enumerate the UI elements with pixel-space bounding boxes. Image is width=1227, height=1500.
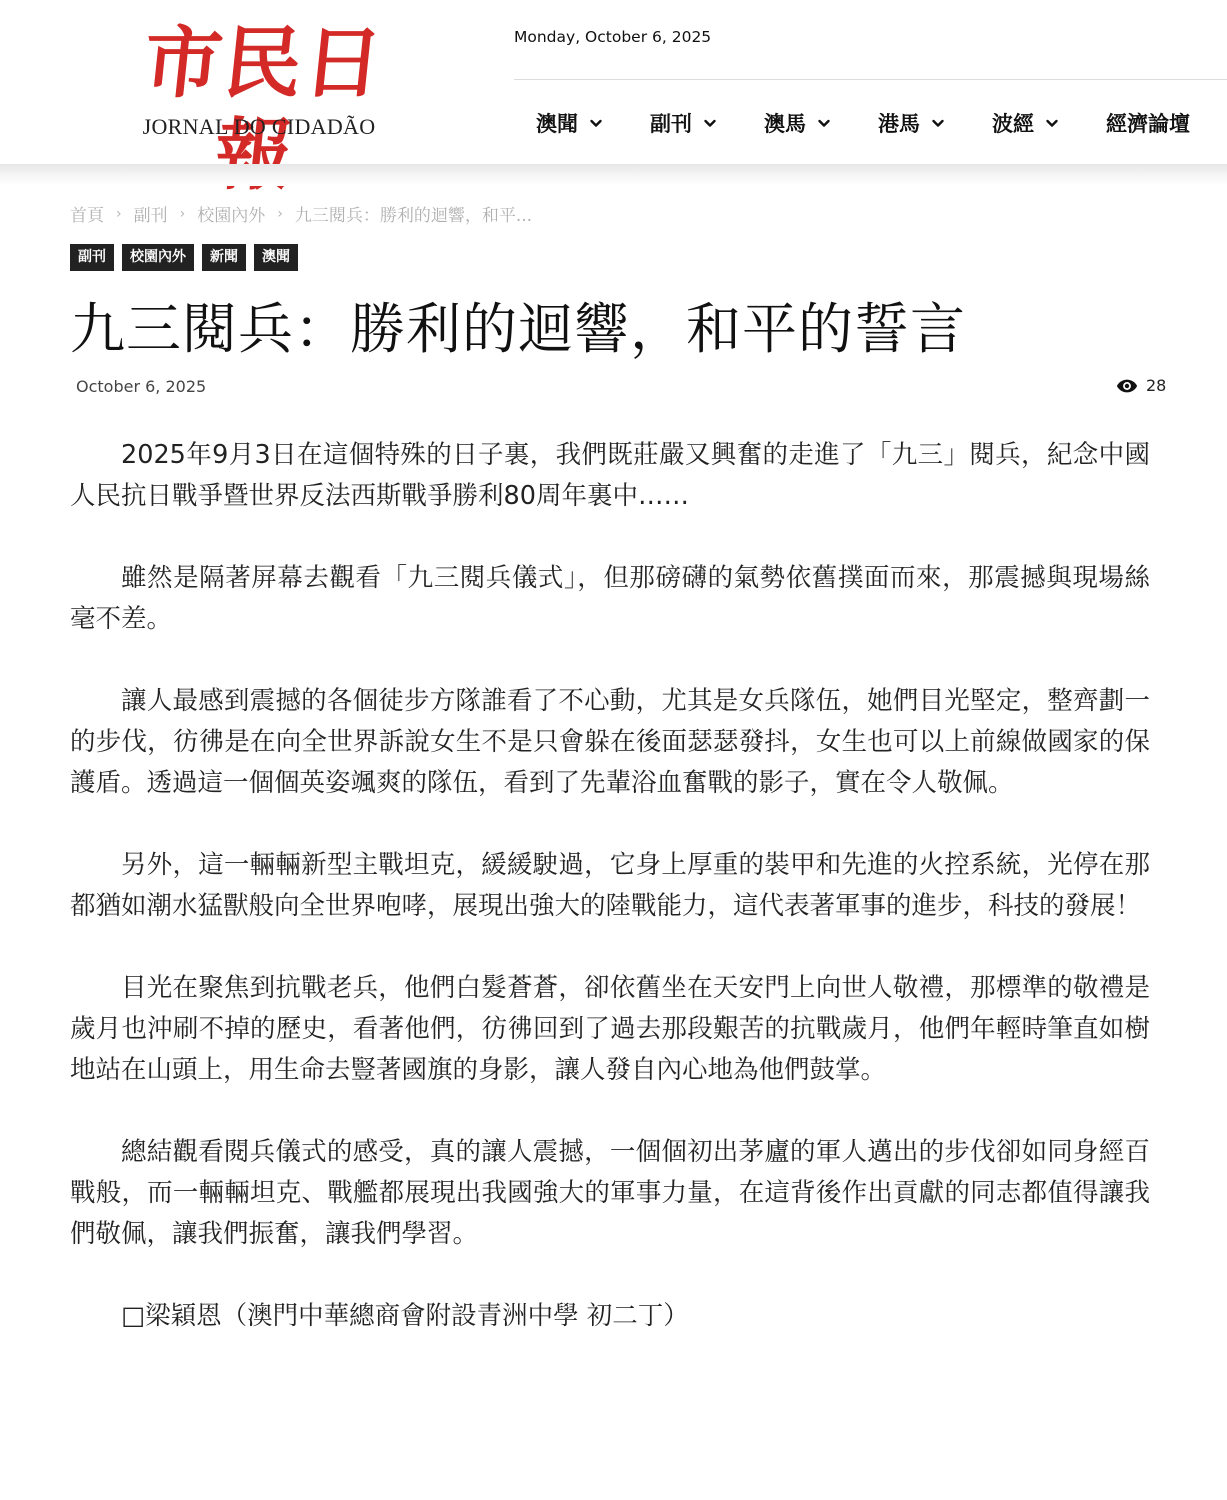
current-date: Monday, October 6, 2025 (514, 28, 711, 46)
nav-item-supplement[interactable]: 副刊 (650, 108, 718, 138)
breadcrumb-separator: › (277, 206, 283, 222)
article-date: October 6, 2025 (76, 377, 206, 396)
nav-item-hk-racing[interactable]: 港馬 (878, 108, 946, 138)
breadcrumb-separator: › (116, 206, 122, 222)
nav-item-economic-forum[interactable]: 經濟論壇 (1106, 108, 1190, 138)
header-shadow (0, 164, 1227, 186)
nav-item-macau-news[interactable]: 澳聞 (536, 108, 604, 138)
nav-item-label: 港馬 (878, 108, 920, 138)
breadcrumb-separator: › (180, 206, 186, 222)
article-body: 2025年9月3日在這個特殊的日子裏，我們既莊嚴又興奮的走進了「九三」閱兵，紀念… (70, 435, 1150, 1378)
view-count: 28 (1116, 376, 1166, 395)
nav-item-label: 澳聞 (536, 108, 578, 138)
article-paragraph: 另外，這一輛輛新型主戰坦克，緩緩駛過，它身上厚重的裝甲和先進的火控系統，光停在那… (70, 845, 1150, 927)
eye-icon (1116, 378, 1138, 394)
breadcrumb-supplement[interactable]: 副刊 (134, 201, 168, 226)
view-count-value: 28 (1146, 376, 1166, 395)
category-tags: 副刊 校園內外 新聞 澳聞 (70, 244, 306, 271)
chevron-down-icon (816, 115, 832, 131)
tag-campus[interactable]: 校園內外 (122, 244, 194, 271)
chevron-down-icon (702, 115, 718, 131)
breadcrumb-current: 九三閱兵：勝利的迴響，和平... (295, 201, 532, 226)
author-signature: □梁穎恩（澳門中華總商會附設青洲中學 初二丁） (70, 1296, 1150, 1337)
tag-supplement[interactable]: 副刊 (70, 244, 114, 271)
nav-item-football[interactable]: 波經 (992, 108, 1060, 138)
article-paragraph: 雖然是隔著屏幕去觀看「九三閱兵儀式」，但那磅礴的氣勢依舊撲面而來，那震撼與現場絲… (70, 558, 1150, 640)
nav-item-label: 經濟論壇 (1106, 108, 1190, 138)
site-logo[interactable]: 市民日報 JORNAL DO CIDADÃO (104, 18, 414, 143)
chevron-down-icon (930, 115, 946, 131)
chevron-down-icon (588, 115, 604, 131)
nav-item-label: 副刊 (650, 108, 692, 138)
nav-item-label: 澳馬 (764, 108, 806, 138)
article-paragraph: 讓人最感到震撼的各個徒步方隊誰看了不心動，尤其是女兵隊伍，她們目光堅定，整齊劃一… (70, 681, 1150, 804)
chevron-down-icon (1044, 115, 1060, 131)
header-divider (514, 79, 1227, 80)
breadcrumb: 首頁 › 副刊 › 校園內外 › 九三閱兵：勝利的迴響，和平... (70, 201, 532, 226)
tag-macau-news[interactable]: 澳聞 (254, 244, 298, 271)
article-title: 九三閱兵：勝利的迴響，和平的誓言 (70, 292, 966, 366)
article-paragraph: 2025年9月3日在這個特殊的日子裏，我們既莊嚴又興奮的走進了「九三」閱兵，紀念… (70, 435, 1150, 517)
nav-item-label: 波經 (992, 108, 1034, 138)
main-nav: 澳聞 副刊 澳馬 港馬 波經 經濟論壇 (536, 106, 1190, 140)
article-paragraph: 目光在聚焦到抗戰老兵，他們白髮蒼蒼，卻依舊坐在天安門上向世人敬禮，那標準的敬禮是… (70, 968, 1150, 1091)
tag-news[interactable]: 新聞 (202, 244, 246, 271)
logo-english-text: JORNAL DO CIDADÃO (104, 114, 414, 140)
site-header: 市民日報 JORNAL DO CIDADÃO Monday, October 6… (0, 0, 1227, 164)
breadcrumb-home[interactable]: 首頁 (70, 201, 104, 226)
article-paragraph: 總結觀看閱兵儀式的感受，真的讓人震撼，一個個初出茅廬的軍人邁出的步伐卻如同身經百… (70, 1132, 1150, 1255)
nav-item-macau-racing[interactable]: 澳馬 (764, 108, 832, 138)
breadcrumb-campus[interactable]: 校園內外 (197, 201, 265, 226)
